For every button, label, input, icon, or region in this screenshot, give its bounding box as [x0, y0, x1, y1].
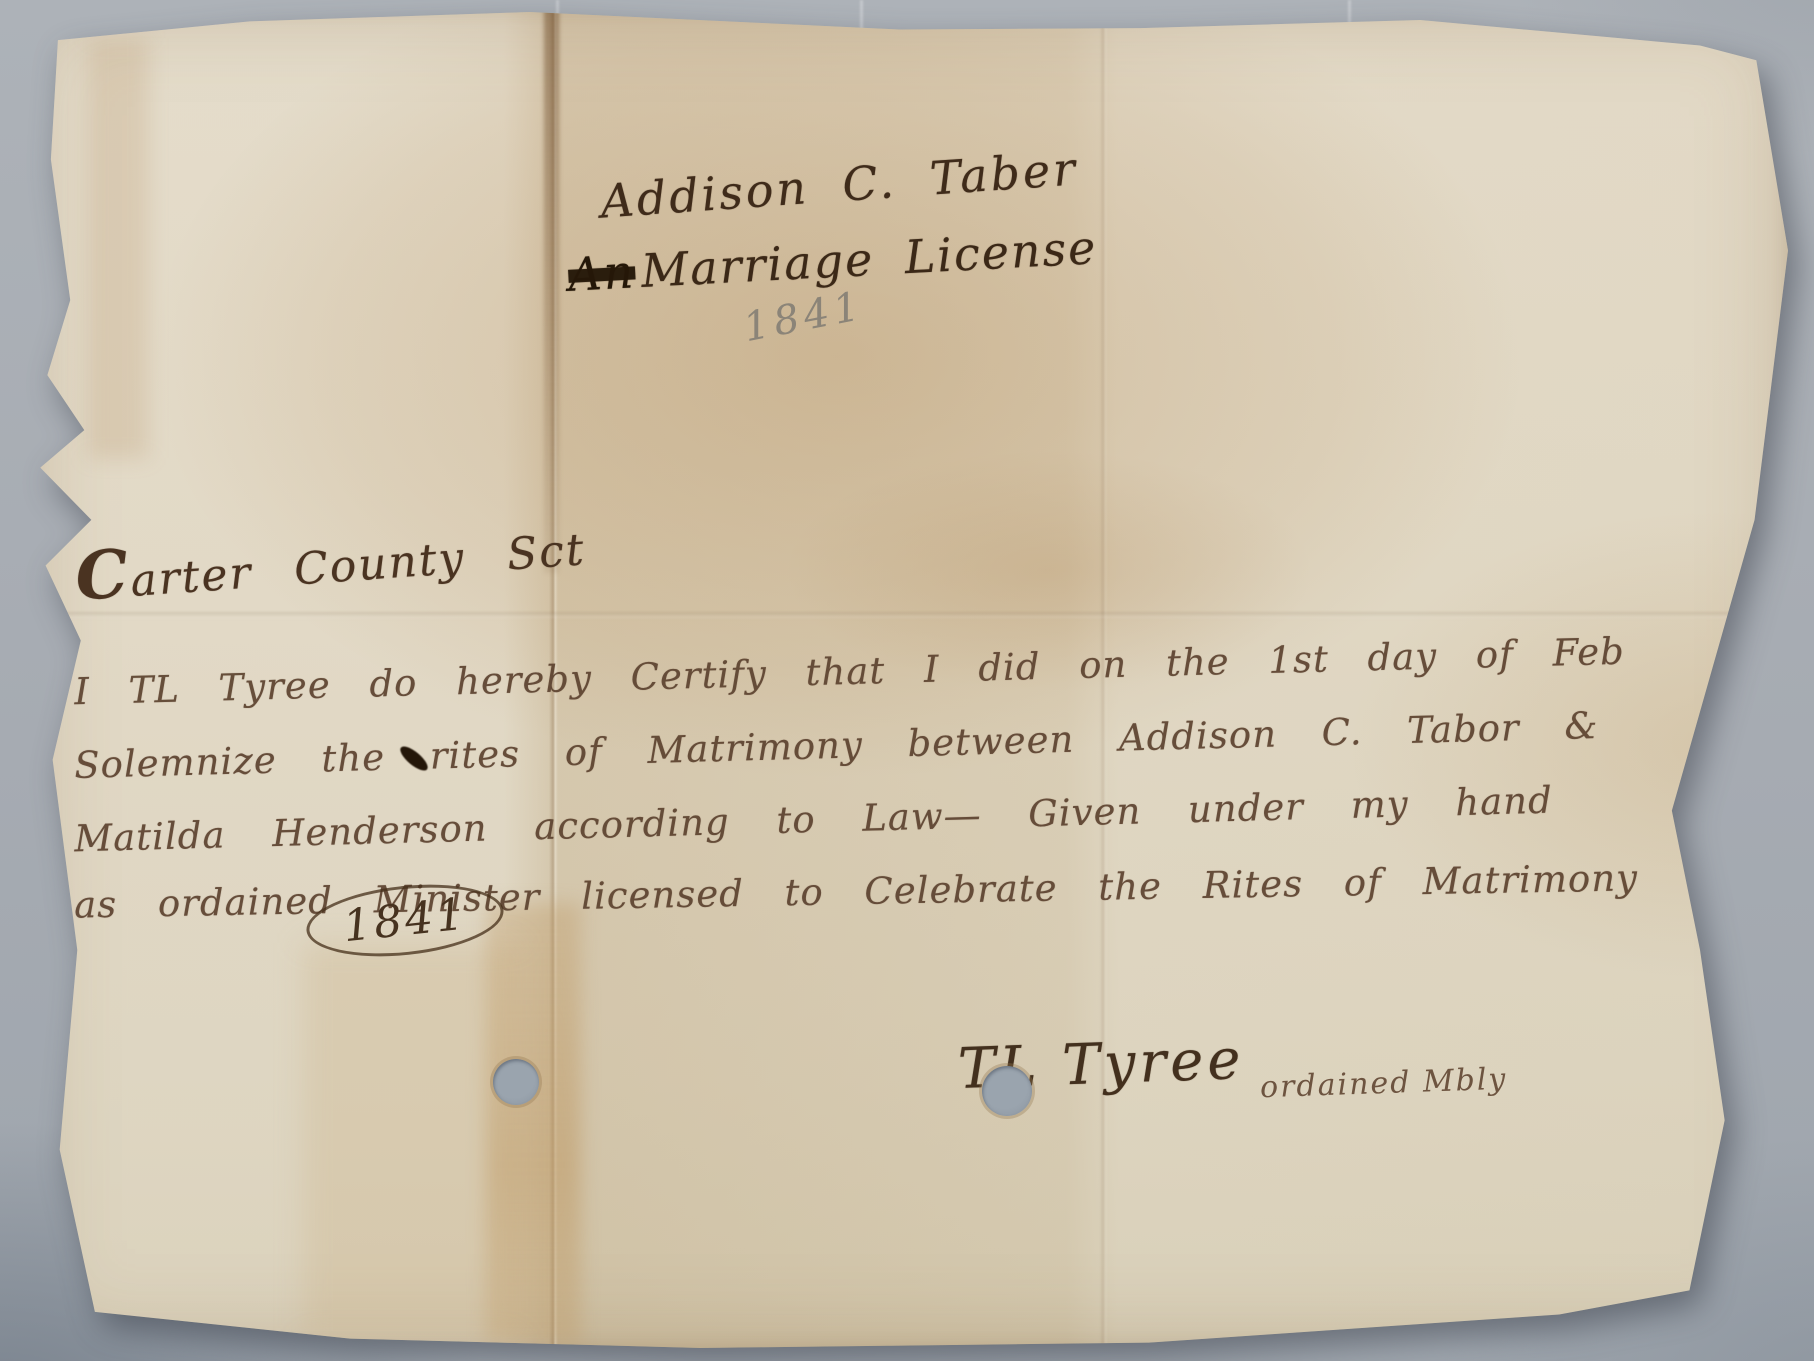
photo-surface: Addison C. Taber AnMarriage License 1841…: [0, 0, 1814, 1361]
struck-out-word: An: [567, 244, 637, 301]
pencil-year: 1841: [740, 283, 868, 351]
county-heading: Carter County Sct: [73, 502, 588, 615]
fold-crease-stain: [544, 8, 559, 573]
paper-shadow-wrap: Addison C. Taber AnMarriage License 1841…: [0, 0, 1814, 1361]
certificate-line: Matilda Henderson according to Law— Give…: [74, 779, 1554, 861]
punch-hole-right: [982, 1066, 1032, 1116]
document-paper: Addison C. Taber AnMarriage License 1841…: [28, 8, 1788, 1348]
signature-annotation: ordained Mbly: [1259, 1062, 1507, 1106]
docket-name-line: Addison C. Taber: [599, 141, 1080, 228]
paper-stain: [88, 38, 148, 458]
fold-crease-horizontal: [28, 612, 1788, 618]
certificate-line: I TL Tyree do hereby Certify that I did …: [74, 630, 1626, 714]
punch-hole-left: [493, 1059, 539, 1105]
certificate-line: Solemnize the rites of Matrimony between…: [74, 704, 1599, 787]
certificate-line: as ordained Minister licensed to Celebra…: [74, 856, 1639, 926]
paper-stain: [486, 903, 581, 1343]
paper-stain: [303, 943, 518, 1338]
docket-title-text: Marriage License: [640, 220, 1099, 298]
